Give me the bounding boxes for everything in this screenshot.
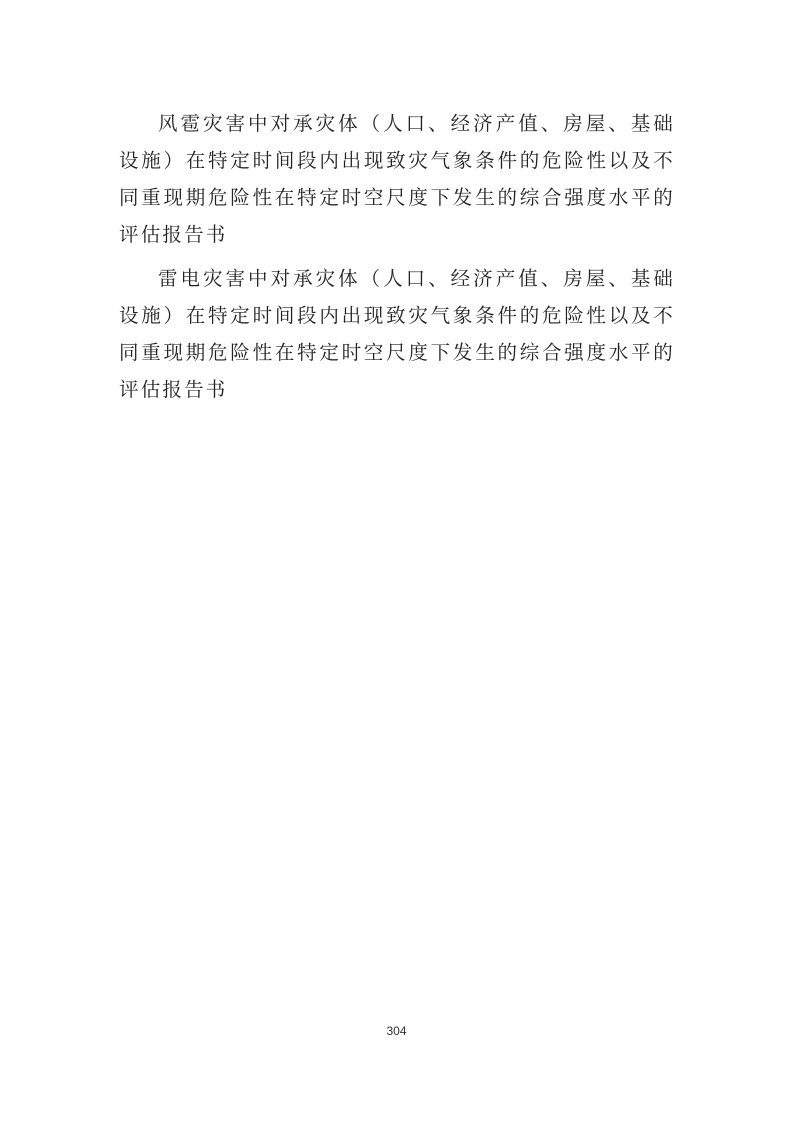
page-body: 风雹灾害中对承灾体（人口、经济产值、房屋、基础设施）在特定时间段内出现致灾气象条… — [119, 105, 675, 415]
page-number: 304 — [0, 1024, 793, 1038]
document-page: 风雹灾害中对承灾体（人口、经济产值、房屋、基础设施）在特定时间段内出现致灾气象条… — [0, 0, 793, 1122]
paragraph-lightning-disaster: 雷电灾害中对承灾体（人口、经济产值、房屋、基础设施）在特定时间段内出现致灾气象条… — [119, 260, 675, 408]
paragraph-hail-disaster: 风雹灾害中对承灾体（人口、经济产值、房屋、基础设施）在特定时间段内出现致灾气象条… — [119, 105, 675, 253]
